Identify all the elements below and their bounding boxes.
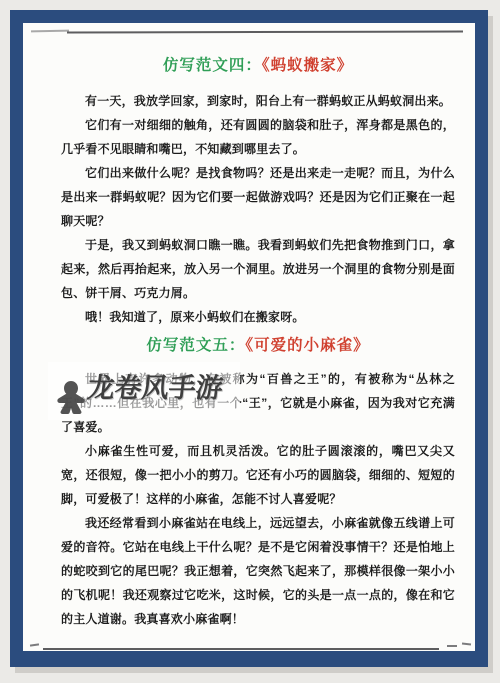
scan-artifact-dash-right-1 (447, 645, 457, 647)
section-5-paragraph-3: 我还经常看到小麻雀站在电线上，远远望去，小麻雀就像五线谱上可爱的音符。它站在电线… (61, 511, 455, 631)
section-4-paragraph-2: 它们有一对细细的触角，还有圆圆的脑袋和肚子，浑身都是黑色的，几乎看不见眼睛和嘴巴… (61, 113, 455, 161)
section-4-title-prefix: 仿写范文四： (163, 57, 262, 74)
bottom-rule (43, 648, 439, 650)
meeple-logo-icon (55, 379, 87, 415)
section-4-paragraph-5: 哦！我知道了，原来小蚂蚁们在搬家呀。 (61, 305, 455, 329)
page-frame: 仿写范文四：《蚂蚁搬家》 有一天，我放学回家，到家时，阳台上有一群蚂蚁正从蚂蚁洞… (10, 10, 488, 667)
section-5-title: 仿写范文五：《可爱的小麻雀》 (61, 335, 455, 357)
top-rule (67, 30, 463, 33)
section-4-title-book: 《蚂蚁搬家》 (262, 57, 353, 74)
section-5-title-book: 《可爱的小麻雀》 (245, 337, 369, 354)
watermark-text: 龙卷风手游 (86, 366, 226, 405)
section-4-paragraph-4: 于是，我又到蚂蚁洞口瞧一瞧。我看到蚂蚁们先把食物推到门口，拿起来，然后再抬起来，… (61, 233, 455, 305)
section-4-paragraph-3: 它们出来做什么呢？是找食物吗？还是出来走一走呢？而且，为什么是出来一群蚂蚁呢？因… (61, 161, 455, 233)
section-4-title: 仿写范文四：《蚂蚁搬家》 (61, 55, 455, 77)
top-rule-faded-segment (31, 30, 69, 33)
watermark: 龙卷风手游 (48, 362, 240, 420)
scan-artifact-dash-right-2 (462, 643, 471, 646)
section-5-paragraph-2: 小麻雀生性可爱，而且机灵活泼。它的肚子圆滚滚的，嘴巴又尖又宽，还很短，像一把小小… (61, 439, 455, 511)
screenshot-canvas: 仿写范文四：《蚂蚁搬家》 有一天，我放学回家，到家时，阳台上有一群蚂蚁正从蚂蚁洞… (0, 0, 500, 683)
section-4-paragraph-1: 有一天，我放学回家，到家时，阳台上有一群蚂蚁正从蚂蚁洞出来。 (61, 89, 455, 113)
document-page: 仿写范文四：《蚂蚁搬家》 有一天，我放学回家，到家时，阳台上有一群蚂蚁正从蚂蚁洞… (23, 23, 475, 651)
section-5-title-prefix: 仿写范文五： (146, 337, 245, 354)
document-content: 仿写范文四：《蚂蚁搬家》 有一天，我放学回家，到家时，阳台上有一群蚂蚁正从蚂蚁洞… (61, 51, 455, 631)
scan-artifact-dash-left (30, 643, 39, 646)
